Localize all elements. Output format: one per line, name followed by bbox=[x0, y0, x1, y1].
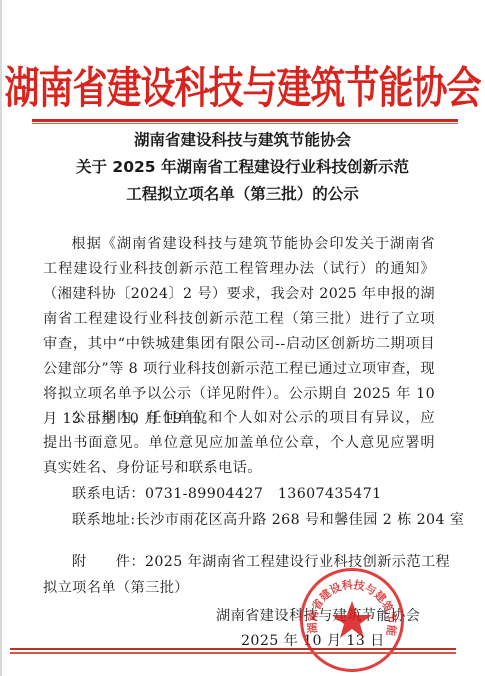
letterhead-rule bbox=[32, 119, 458, 122]
footer-rule bbox=[10, 648, 456, 650]
contact-phone-label: 联系电话： bbox=[72, 486, 145, 502]
contact-phone: 联系电话：0731-89904427 13607435471 bbox=[72, 482, 382, 507]
contact-phone-value: 0731-89904427 13607435471 bbox=[145, 486, 382, 502]
notice-title-line1: 湖南省建设科技与建筑节能协会 bbox=[0, 127, 485, 153]
notice-title-line2: 关于 2025 年湖南省工程建设行业科技创新示范 bbox=[0, 154, 485, 180]
body-paragraph-1: 根据《湖南省建设科技与建筑节能协会印发关于湖南省工程建设行业科技创新示范工程管理… bbox=[43, 232, 435, 432]
attachment-label: 附 件： bbox=[72, 554, 145, 570]
official-seal: 湖南省建设科技与建筑节能协会 bbox=[300, 568, 404, 672]
contact-address-value: 长沙市雨花区高升路 268 号和馨佳园 2 栋 204 室 bbox=[136, 512, 465, 528]
contact-address: 联系地址:长沙市雨花区高升路 268 号和馨佳园 2 栋 204 室 bbox=[72, 508, 464, 533]
letterhead-org-name: 湖南省建设科技与建筑节能协会 bbox=[0, 64, 485, 114]
footer-rule-2 bbox=[10, 652, 456, 654]
letterhead-rule-thin bbox=[32, 123, 458, 124]
attachment-text-1: 2025 年湖南省工程建设行业科技创新示范工程 bbox=[145, 554, 450, 570]
paragraph-1-text: 根据《湖南省建设科技与建筑节能协会印发关于湖南省工程建设行业科技创新示范工程管理… bbox=[43, 236, 435, 427]
contact-address-label: 联系地址: bbox=[72, 512, 136, 528]
attachment-line2: 拟立项名单（第三批） bbox=[43, 576, 189, 601]
notice-title-line3: 工程拟立项名单（第三批）的公示 bbox=[0, 181, 485, 207]
body-paragraph-2: 公示期内，任何单位和个人如对公示的项目有异议，应提出书面意见。单位意见应加盖单位… bbox=[43, 406, 435, 481]
attachment-text-2: 拟立项名单（第三批） bbox=[43, 580, 189, 596]
paragraph-2-text: 公示期内，任何单位和个人如对公示的项目有异议，应提出书面意见。单位意见应加盖单位… bbox=[43, 410, 435, 476]
seal-star-icon: 湖南省建设科技与建筑节能协会 bbox=[303, 571, 401, 669]
